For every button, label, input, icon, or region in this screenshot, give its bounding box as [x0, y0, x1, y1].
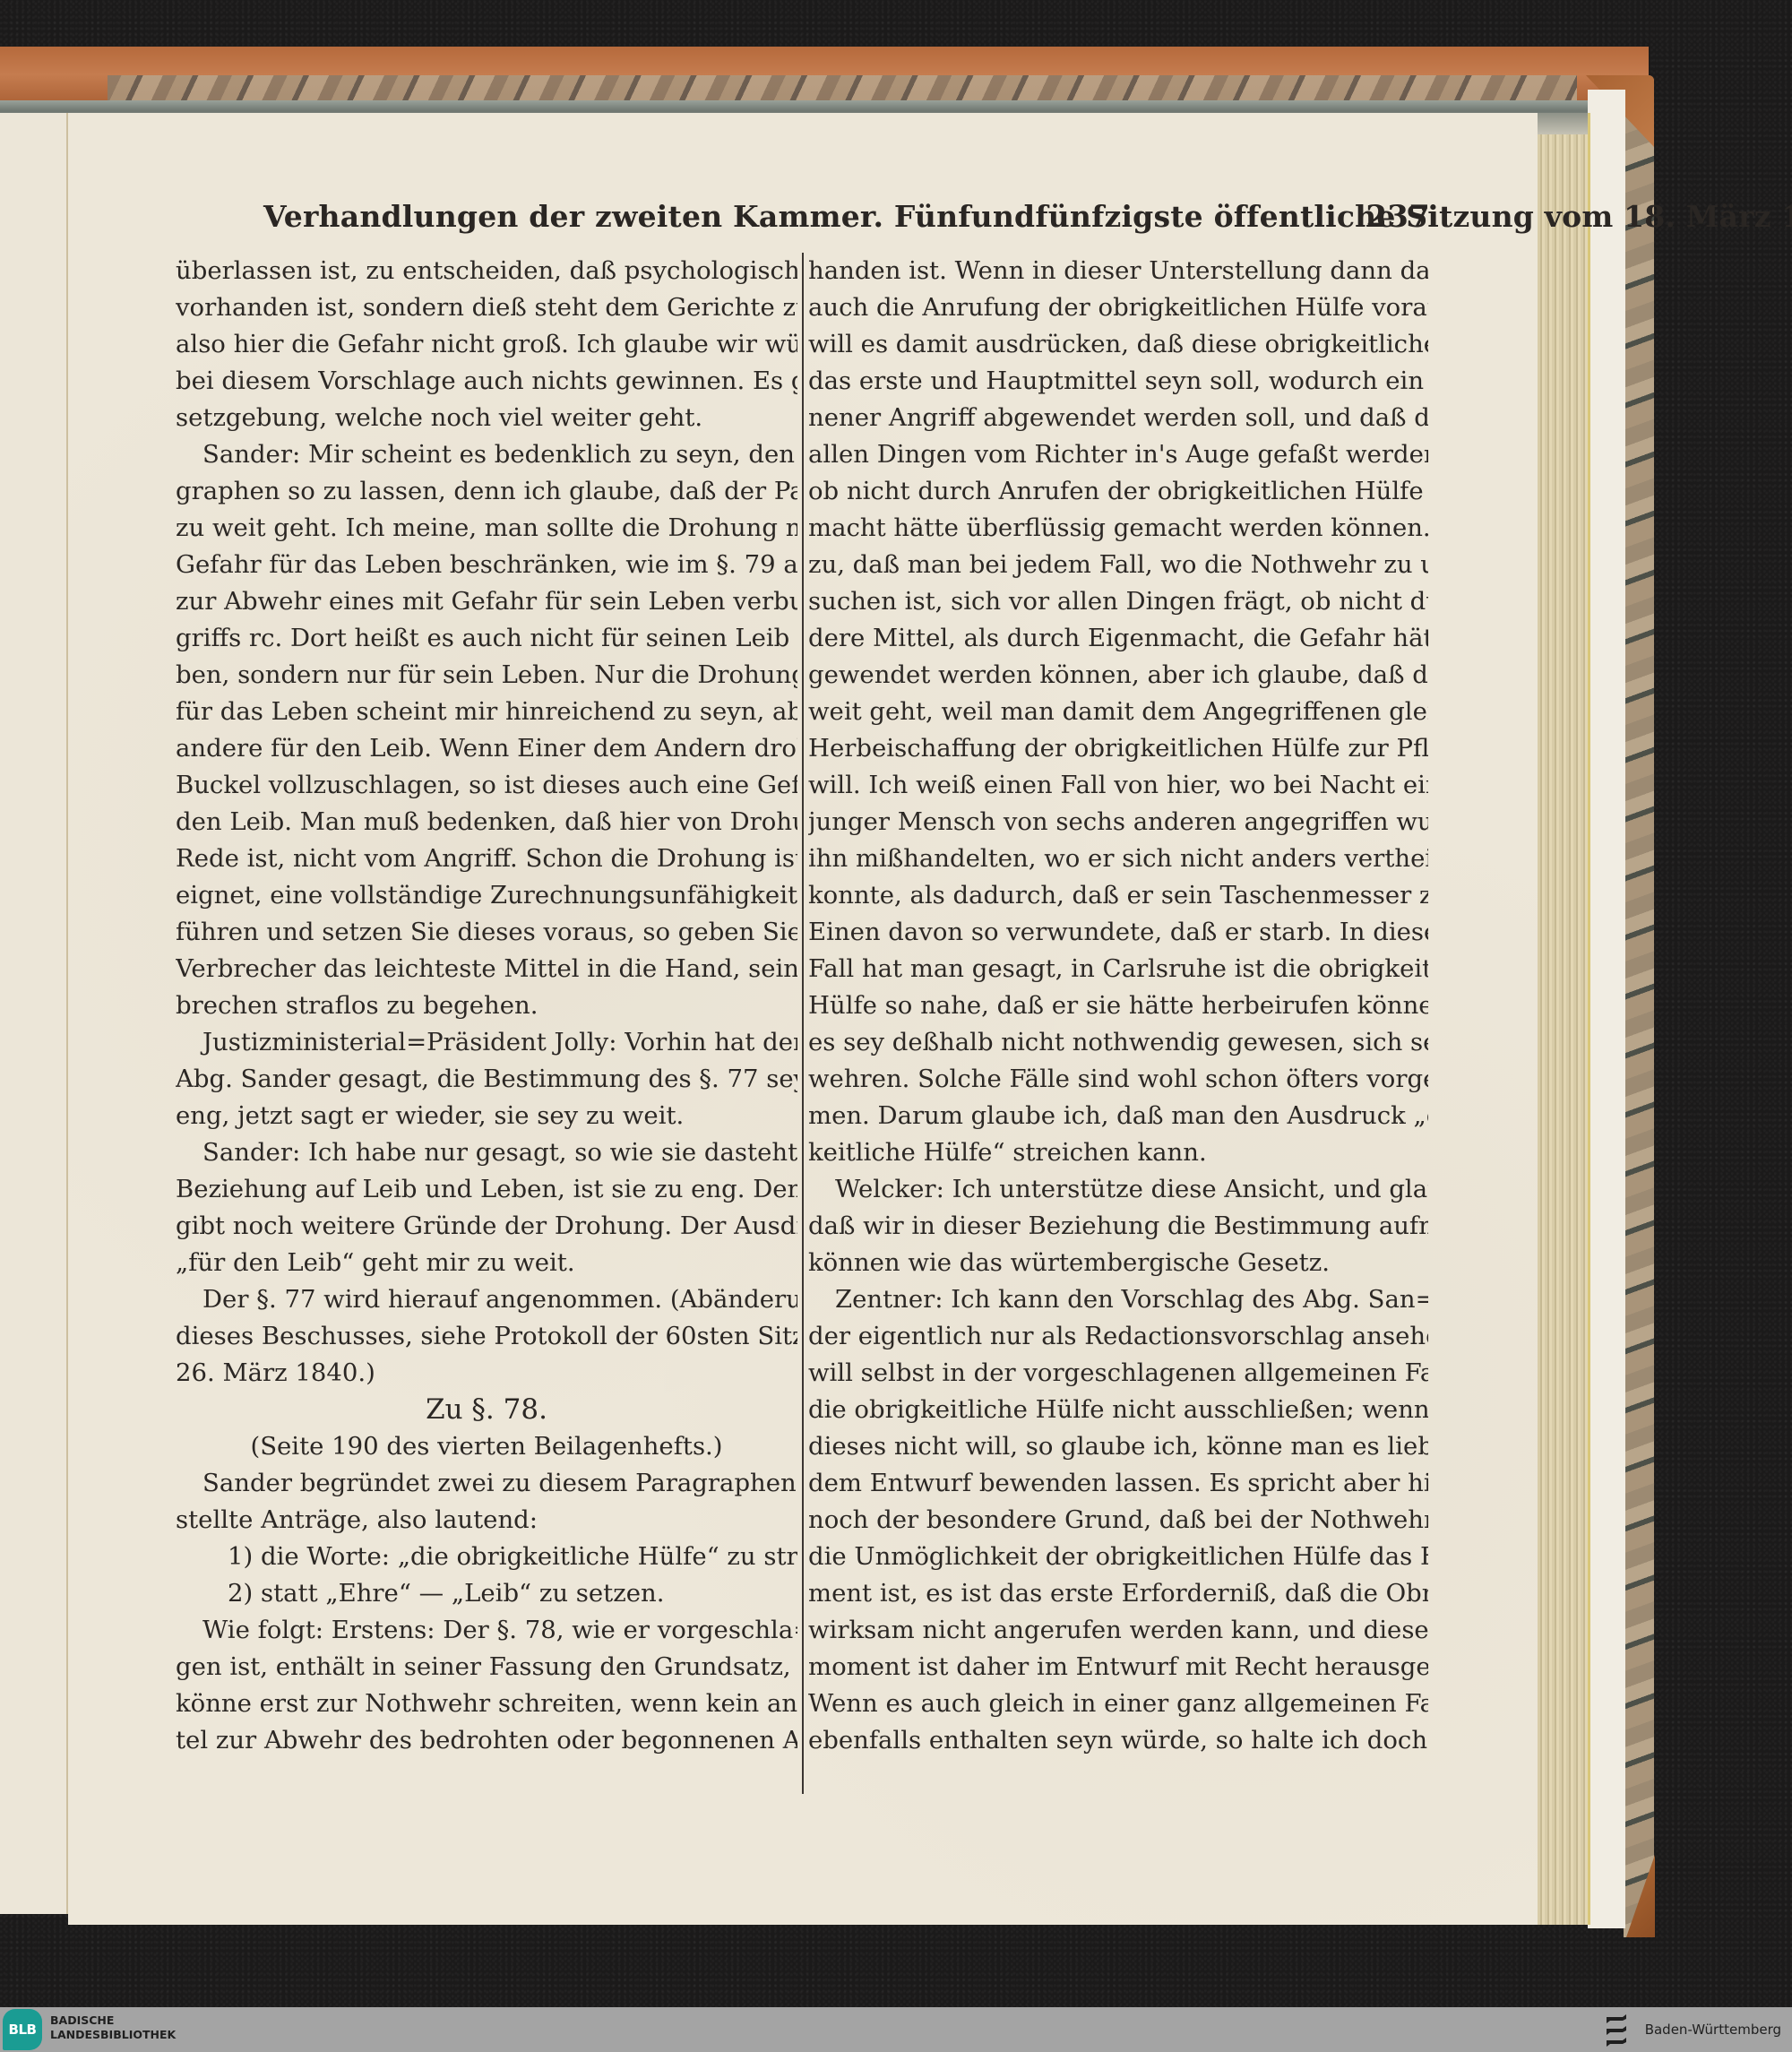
text-line: Abg. Sander gesagt, die Bestimmung des §…: [176, 1061, 797, 1098]
text-line: will. Ich weiß einen Fall von hier, wo b…: [808, 767, 1428, 804]
text-line: andere für den Leib. Wenn Einer dem Ande…: [176, 730, 797, 767]
facing-page-left: [0, 113, 68, 1914]
text-line: die obrigkeitliche Hülfe nicht ausschlie…: [808, 1392, 1428, 1428]
text-line: könne erst zur Nothwehr schreiten, wenn …: [176, 1686, 797, 1722]
section-subheading: (Seite 190 des vierten Beilagenhefts.): [176, 1428, 797, 1465]
text-line: die Unmöglichkeit der obrigkeitlichen Hü…: [808, 1539, 1428, 1575]
text-line: ebenfalls enthalten seyn würde, so halte…: [808, 1722, 1428, 1759]
endpaper: [1588, 90, 1625, 1928]
text-line: Einen davon so verwundete, daß er starb.…: [808, 914, 1428, 951]
text-line: bei diesem Vorschlage auch nichts gewinn…: [176, 363, 797, 400]
text-line: ment ist, es ist das erste Erforderniß, …: [808, 1575, 1428, 1612]
motion-item-1: 1) die Worte: „die obrigkeitliche Hülfe“…: [176, 1539, 797, 1575]
text-line: allen Dingen vom Richter in's Auge gefaß…: [808, 436, 1428, 473]
text-line: wehren. Solche Fälle sind wohl schon öft…: [808, 1061, 1428, 1098]
text-line: zu, daß man bei jedem Fall, wo die Nothw…: [808, 547, 1428, 583]
text-line: „für den Leib“ geht mir zu weit.: [176, 1245, 797, 1281]
page-number: 237: [1366, 199, 1430, 235]
text-line: graphen so zu lassen, denn ich glaube, d…: [176, 473, 797, 510]
text-line: Rede ist, nicht vom Angriff. Schon die D…: [176, 841, 797, 877]
text-line: eng, jetzt sagt er wieder, sie sey zu we…: [176, 1098, 797, 1134]
resolution-paragraph-start: Der §. 77 wird hierauf angenommen. (Abän…: [176, 1281, 797, 1318]
speaker-paragraph-start: Sander: Mir scheint es bedenklich zu sey…: [176, 436, 797, 473]
marbled-cover-right: [1624, 75, 1654, 1937]
text-line: Gefahr für das Leben beschränken, wie im…: [176, 547, 797, 583]
running-header: Verhandlungen der zweiten Kammer. Fünfun…: [263, 199, 1428, 235]
text-line: suchen ist, sich vor allen Dingen frägt,…: [808, 583, 1428, 620]
text-line: daß wir in dieser Beziehung die Bestimmu…: [808, 1208, 1428, 1245]
text-line: gibt noch weitere Gründe der Drohung. De…: [176, 1208, 797, 1245]
text-line: noch der besondere Grund, daß bei der No…: [808, 1502, 1428, 1539]
text-line: für das Leben scheint mir hinreichend zu…: [176, 694, 797, 730]
viewer-footer-bar: BLB BADISCHE LANDESBIBLIOTHEK Baden-Würt…: [0, 2007, 1792, 2052]
text-line: überlassen ist, zu entscheiden, daß psyc…: [176, 253, 797, 289]
text-line: dem Entwurf bewenden lassen. Es spricht …: [808, 1465, 1428, 1502]
text-line: zur Abwehr eines mit Gefahr für sein Leb…: [176, 583, 797, 620]
text-line: Wenn es auch gleich in einer ganz allgem…: [808, 1686, 1428, 1722]
text-line: 26. März 1840.): [176, 1355, 797, 1392]
text-column-left: überlassen ist, zu entscheiden, daß psyc…: [176, 253, 797, 1759]
text-line: auch die Anrufung der obrigkeitlichen Hü…: [808, 289, 1428, 326]
speaker-paragraph-start: Zentner: Ich kann den Vorschlag des Abg.…: [808, 1281, 1428, 1318]
text-line: moment ist daher im Entwurf mit Recht he…: [808, 1649, 1428, 1686]
text-line: zu weit geht. Ich meine, man sollte die …: [176, 510, 797, 547]
text-line: Herbeischaffung der obrigkeitlichen Hülf…: [808, 730, 1428, 767]
text-paragraph-start: Wie folgt: Erstens: Der §. 78, wie er vo…: [176, 1612, 797, 1649]
text-line: dieses nicht will, so glaube ich, könne …: [808, 1428, 1428, 1465]
text-line: ob nicht durch Anrufen der obrigkeitlich…: [808, 473, 1428, 510]
text-line: will es damit ausdrücken, daß diese obri…: [808, 326, 1428, 363]
text-line: men. Darum glaube ich, daß man den Ausdr…: [808, 1098, 1428, 1134]
text-line: stellte Anträge, also lautend:: [176, 1502, 797, 1539]
text-line: keitliche Hülfe“ streichen kann.: [808, 1134, 1428, 1171]
header-title: Verhandlungen der zweiten Kammer. Fünfun…: [263, 199, 1792, 234]
text-line: Beziehung auf Leib und Leben, ist sie zu…: [176, 1171, 797, 1208]
three-lions-crest-icon: [1604, 2013, 1631, 2048]
text-line: eignet, eine vollständige Zurechnungsunf…: [176, 877, 797, 914]
text-line: handen ist. Wenn in dieser Unterstellung…: [808, 253, 1428, 289]
text-line: also hier die Gefahr nicht groß. Ich gla…: [176, 326, 797, 363]
library-name-line1: BADISCHE: [50, 2013, 176, 2028]
page-stack-top: [1538, 113, 1588, 134]
text-line: griffs rc. Dort heißt es auch nicht für …: [176, 620, 797, 657]
state-name: Baden-Württemberg: [1645, 2022, 1781, 2038]
text-line: das erste und Hauptmittel seyn soll, wod…: [808, 363, 1428, 400]
text-line: brechen straflos zu begehen.: [176, 987, 797, 1024]
text-line: junger Mensch von sechs anderen angegrif…: [808, 804, 1428, 841]
text-line: weit geht, weil man damit dem Angegriffe…: [808, 694, 1428, 730]
motion-item-2: 2) statt „Ehre“ — „Leib“ zu setzen.: [176, 1575, 797, 1612]
speaker-paragraph-start: Sander: Ich habe nur gesagt, so wie sie …: [176, 1134, 797, 1171]
text-line: Verbrecher das leichteste Mittel in die …: [176, 951, 797, 987]
text-line: nener Angriff abgewendet werden soll, un…: [808, 400, 1428, 436]
speaker-paragraph-start: Welcker: Ich unterstütze diese Ansicht, …: [808, 1171, 1428, 1208]
text-column-right: handen ist. Wenn in dieser Unterstellung…: [808, 253, 1428, 1759]
text-line: tel zur Abwehr des bedrohten oder begonn…: [176, 1722, 797, 1759]
text-line: vorhanden ist, sondern dieß steht dem Ge…: [176, 289, 797, 326]
text-line: es sey deßhalb nicht nothwendig gewesen,…: [808, 1024, 1428, 1061]
section-heading: Zu §. 78.: [176, 1392, 797, 1428]
text-line: führen und setzen Sie dieses voraus, so …: [176, 914, 797, 951]
state-logo[interactable]: Baden-Württemberg: [1645, 2013, 1781, 2046]
text-line: der eigentlich nur als Redactionsvorschl…: [808, 1318, 1428, 1355]
text-line: dieses Beschusses, siehe Protokoll der 6…: [176, 1318, 797, 1355]
text-line: wirksam nicht angerufen werden kann, und…: [808, 1612, 1428, 1649]
text-line: können wie das würtembergische Gesetz.: [808, 1245, 1428, 1281]
column-divider: [802, 253, 804, 1794]
text-line: ben, sondern nur für sein Leben. Nur die…: [176, 657, 797, 694]
text-line: Fall hat man gesagt, in Carlsruhe ist di…: [808, 951, 1428, 987]
text-line: Hülfe so nahe, daß er sie hätte herbeiru…: [808, 987, 1428, 1024]
speaker-paragraph-start: Justizministerial=Präsident Jolly: Vorhi…: [176, 1024, 797, 1061]
text-line: ihn mißhandelten, wo er sich nicht ander…: [808, 841, 1428, 877]
text-line: will selbst in der vorgeschlagenen allge…: [808, 1355, 1428, 1392]
text-line: setzgebung, welche noch viel weiter geht…: [176, 400, 797, 436]
text-line: Buckel vollzuschlagen, so ist dieses auc…: [176, 767, 797, 804]
library-name-line2: LANDESBIBLIOTHEK: [50, 2028, 176, 2042]
speaker-paragraph-start: Sander begründet zwei zu diesem Paragrap…: [176, 1465, 797, 1502]
text-line: konnte, als dadurch, daß er sein Taschen…: [808, 877, 1428, 914]
text-line: gewendet werden können, aber ich glaube,…: [808, 657, 1428, 694]
text-line: den Leib. Man muß bedenken, daß hier von…: [176, 804, 797, 841]
blb-logo-badge[interactable]: BLB: [3, 2009, 42, 2050]
text-line: gen ist, enthält in seiner Fassung den G…: [176, 1649, 797, 1686]
text-line: dere Mittel, als durch Eigenmacht, die G…: [808, 620, 1428, 657]
library-name[interactable]: BADISCHE LANDESBIBLIOTHEK: [50, 2013, 176, 2042]
text-line: macht hätte überflüssig gemacht werden k…: [808, 510, 1428, 547]
page-stack-edge: [1538, 113, 1590, 1925]
